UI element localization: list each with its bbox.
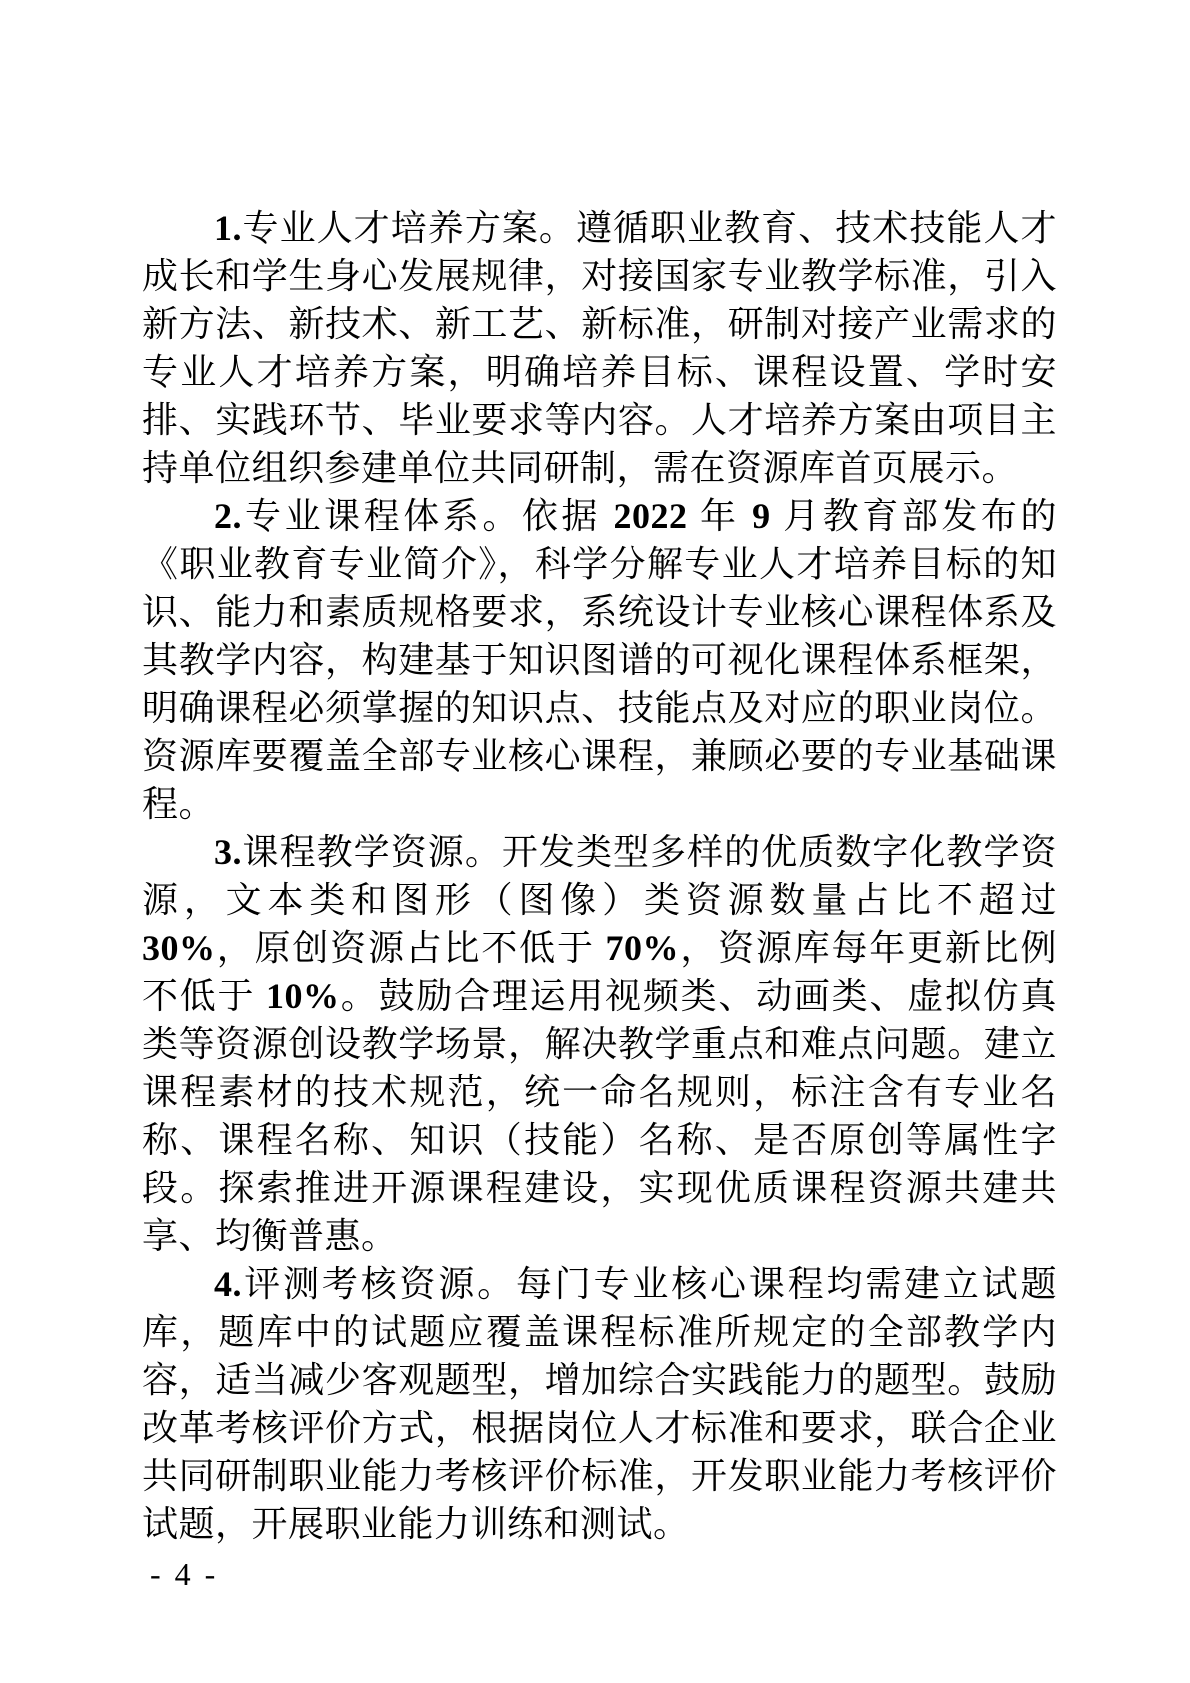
page-number: - 4 -	[150, 1556, 218, 1593]
bold-text-run: 4.	[214, 1264, 242, 1304]
paragraph: 4.评测考核资源。每门专业核心课程均需建立试题库，题库中的试题应覆盖课程标准所规…	[142, 1260, 1057, 1548]
document-page: 1.专业人才培养方案。遵循职业教育、技术技能人才成长和学生身心发展规律，对接国家…	[0, 0, 1190, 1683]
text-run: 专业课程体系。依据	[242, 496, 614, 536]
text-run: 专业人才培养方案。遵循职业教育、技术技能人才成长和学生身心发展规律，对接国家专业…	[142, 208, 1057, 488]
text-run: ，原创资源占比不低于	[216, 928, 606, 968]
bold-text-run: 70%	[606, 928, 680, 968]
text-run: 课程教学资源。开发类型多样的优质数字化教学资源，文本类和图形（图像）类资源数量占…	[142, 832, 1057, 920]
bold-text-run: 2.	[214, 496, 242, 536]
paragraph: 3.课程教学资源。开发类型多样的优质数字化教学资源，文本类和图形（图像）类资源数…	[142, 828, 1057, 1260]
text-run: 年	[688, 496, 753, 536]
bold-text-run: 2022	[614, 496, 688, 536]
document-body: 1.专业人才培养方案。遵循职业教育、技术技能人才成长和学生身心发展规律，对接国家…	[142, 204, 1057, 1548]
text-run: 。鼓励合理运用视频类、动画类、虚拟仿真类等资源创设教学场景，解决教学重点和难点问…	[142, 976, 1057, 1256]
bold-text-run: 10%	[266, 976, 340, 1016]
text-run: 月教育部发布的《职业教育专业简介》，科学分解专业人才培养目标的知识、能力和素质规…	[142, 496, 1057, 824]
bold-text-run: 9	[752, 496, 771, 536]
bold-text-run: 30%	[142, 928, 216, 968]
paragraph: 1.专业人才培养方案。遵循职业教育、技术技能人才成长和学生身心发展规律，对接国家…	[142, 204, 1057, 492]
bold-text-run: 1.	[214, 208, 242, 248]
text-run: 评测考核资源。每门专业核心课程均需建立试题库，题库中的试题应覆盖课程标准所规定的…	[142, 1264, 1057, 1544]
paragraph: 2.专业课程体系。依据 2022 年 9 月教育部发布的《职业教育专业简介》，科…	[142, 492, 1057, 828]
bold-text-run: 3.	[214, 832, 242, 872]
